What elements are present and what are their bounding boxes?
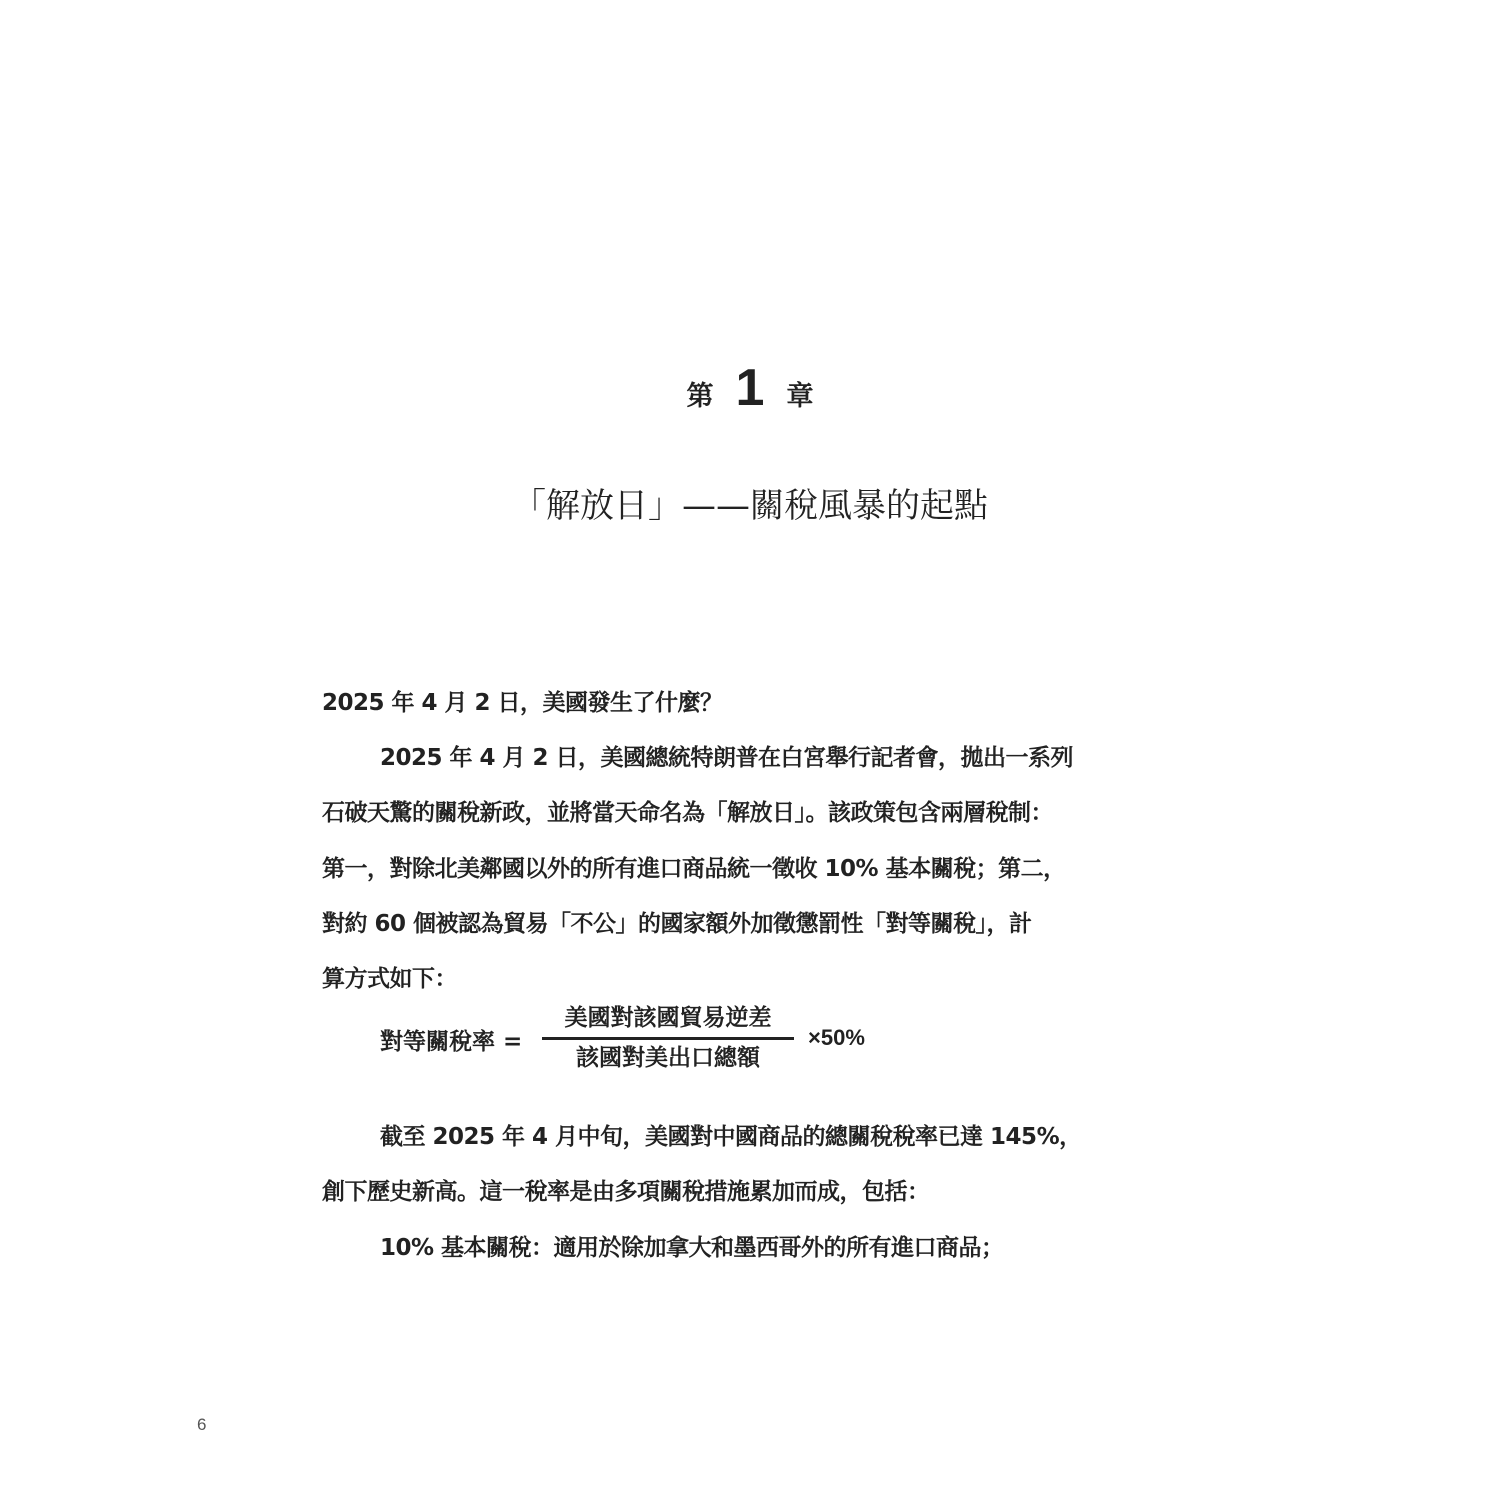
paragraph-line: 石破天驚的關稅新政，並將當天命名為「解放日」。該政策包含兩層稅制： (322, 798, 1053, 828)
formula-lhs: 對等關稅率 = (380, 1027, 522, 1057)
chapter-heading: 第1章 (0, 358, 1500, 418)
chapter-prefix: 第 (687, 381, 714, 412)
paragraph-line: 第一，對除北美鄰國以外的所有進口商品統一徵收 10% 基本關稅；第二， (322, 854, 1066, 884)
paragraph-line: 截至 2025 年 4 月中旬，美國對中國商品的總關稅稅率已達 145%， (380, 1122, 1082, 1152)
paragraph-line: 2025 年 4 月 2 日，美國總統特朗普在白宮舉行記者會，拋出一系列 (380, 743, 1073, 773)
formula-multiplier: ×50% (808, 1023, 865, 1053)
page-number: 6 (197, 1415, 206, 1435)
chapter-suffix: 章 (786, 381, 813, 412)
paragraph-line: 10% 基本關稅：適用於除加拿大和墨西哥外的所有進口商品； (380, 1233, 1004, 1263)
paragraph-line: 算方式如下： (322, 964, 457, 994)
section-heading: 2025 年 4 月 2 日，美國發生了什麼？ (322, 688, 723, 718)
fraction-bar (542, 1037, 794, 1040)
formula-numerator: 美國對該國貿易逆差 (542, 1003, 794, 1033)
chapter-number: 1 (736, 359, 765, 417)
book-page: 第1章 「解放日」——關稅風暴的起點 2025 年 4 月 2 日，美國發生了什… (0, 0, 1500, 1500)
chapter-title: 「解放日」——關稅風暴的起點 (0, 478, 1500, 527)
paragraph-line: 創下歷史新高。這一稅率是由多項關稅措施累加而成，包括： (322, 1177, 930, 1207)
formula-denominator: 該國對美出口總額 (542, 1043, 794, 1073)
formula-fraction: 美國對該國貿易逆差 該國對美出口總額 (542, 1003, 794, 1073)
paragraph-line: 對約 60 個被認為貿易「不公」的國家額外加徵懲罰性「對等關稅」，計 (322, 909, 1032, 939)
